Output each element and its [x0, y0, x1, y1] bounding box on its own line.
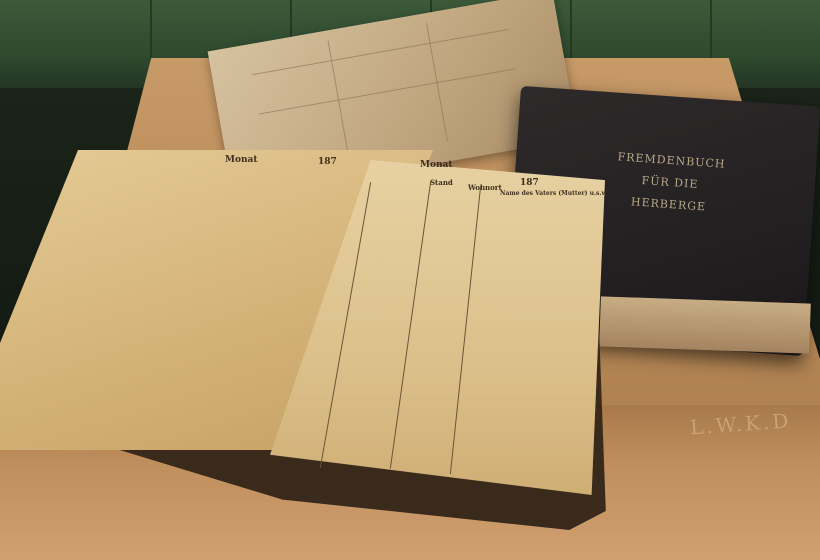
dark-book-cover-title: FREMDENBUCH FÜR DIE HERBERGE: [598, 145, 742, 221]
right-page-header-month: Monat: [420, 160, 453, 170]
dark-book-pages: [599, 296, 811, 353]
right-page-header-year: 187: [520, 178, 539, 188]
left-page-header-year: 187: [318, 157, 337, 167]
right-page-col-wohnort: Wohnort: [468, 183, 502, 192]
right-page-col-father: Name des Vaters (Mutter) u.s.w.: [500, 190, 608, 197]
right-page-col-stand: Stand: [430, 178, 453, 187]
left-page-header-month: Monat: [225, 155, 258, 165]
